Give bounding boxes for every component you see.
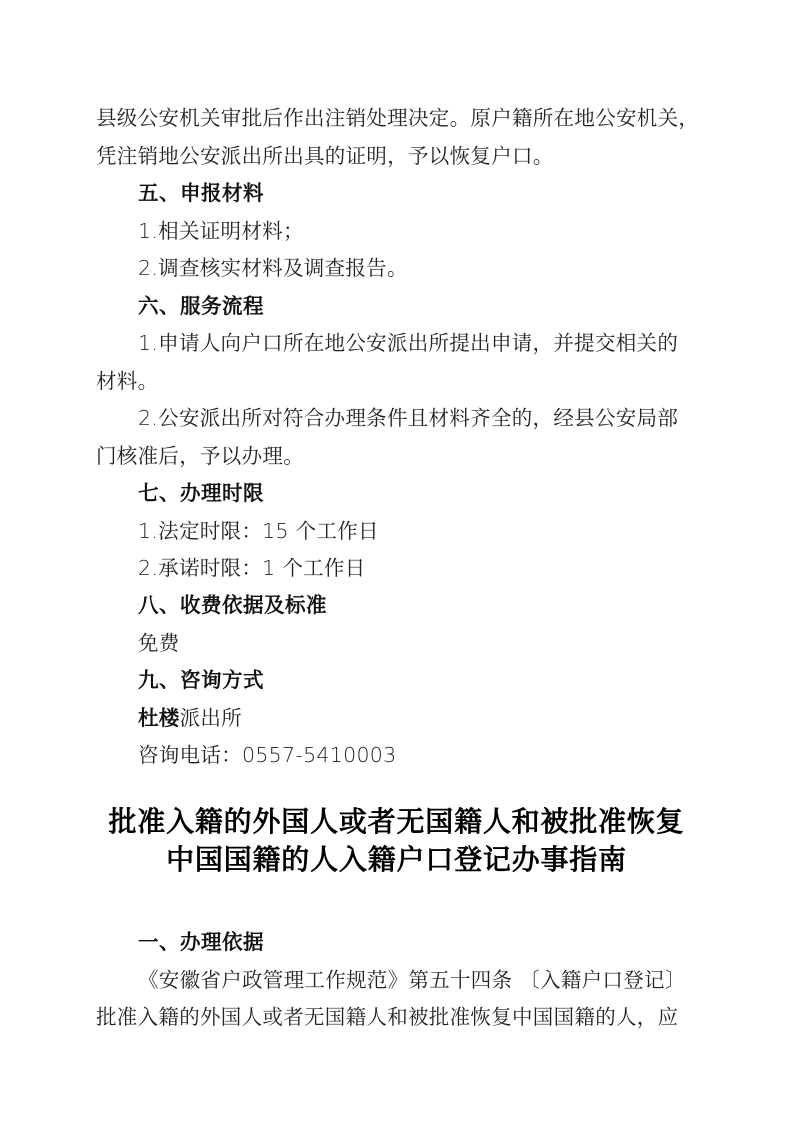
contact-phone: 咨询电话：0557-5410003 (138, 743, 396, 767)
legal-basis-line-2: 批准入籍的外国人或者无国籍人和被批准恢复中国国籍的人，应 (96, 1005, 678, 1029)
paragraph-continuation-line-1: 县级公安机关审批后作出注销处理决定。原户籍所在地公安机关， (96, 106, 699, 130)
contact-station: 杜楼派出所 (138, 706, 242, 730)
station-name-suffix: 派出所 (180, 706, 242, 730)
station-name-bold: 杜楼 (138, 706, 180, 730)
document-page: 县级公安机关审批后作出注销处理决定。原户籍所在地公安机关， 凭注销地公安派出所出… (0, 0, 793, 1122)
process-item-1-line-1: 1.申请人向户口所在地公安派出所提出申请，并提交相关的 (138, 331, 678, 355)
fees-value: 免费 (138, 631, 180, 655)
section-heading-fees: 八、收费依据及标准 (138, 593, 327, 617)
process-item-2-line-2: 门核准后，予以办理。 (96, 444, 304, 468)
process-item-1-line-2: 材料。 (96, 369, 158, 393)
time-limit-item-1: 1.法定时限：15 个工作日 (138, 519, 379, 543)
guide-title-line-1: 批准入籍的外国人或者无国籍人和被批准恢复 (0, 805, 793, 839)
guide-title-line-2: 中国国籍的人入籍户口登记办事指南 (0, 843, 793, 877)
section-heading-legal-basis: 一、办理依据 (138, 930, 264, 954)
time-limit-item-2: 2.承诺时限：1 个工作日 (138, 556, 366, 580)
process-item-2-line-1: 2.公安派出所对符合办理条件且材料齐全的，经县公安局部 (138, 406, 678, 430)
materials-item-2: 2.调查核实材料及调查报告。 (138, 256, 408, 280)
section-heading-process: 六、服务流程 (138, 294, 264, 318)
paragraph-continuation-line-2: 凭注销地公安派出所出具的证明，予以恢复户口。 (96, 144, 554, 168)
section-heading-materials: 五、申报材料 (138, 181, 264, 205)
section-heading-contact: 九、咨询方式 (138, 668, 264, 692)
materials-item-1: 1.相关证明材料； (138, 219, 304, 243)
legal-basis-line-1: 《安徽省户政管理工作规范》第五十四条 〔入籍户口登记〕 (138, 968, 686, 992)
section-heading-time-limit: 七、办理时限 (138, 481, 264, 505)
